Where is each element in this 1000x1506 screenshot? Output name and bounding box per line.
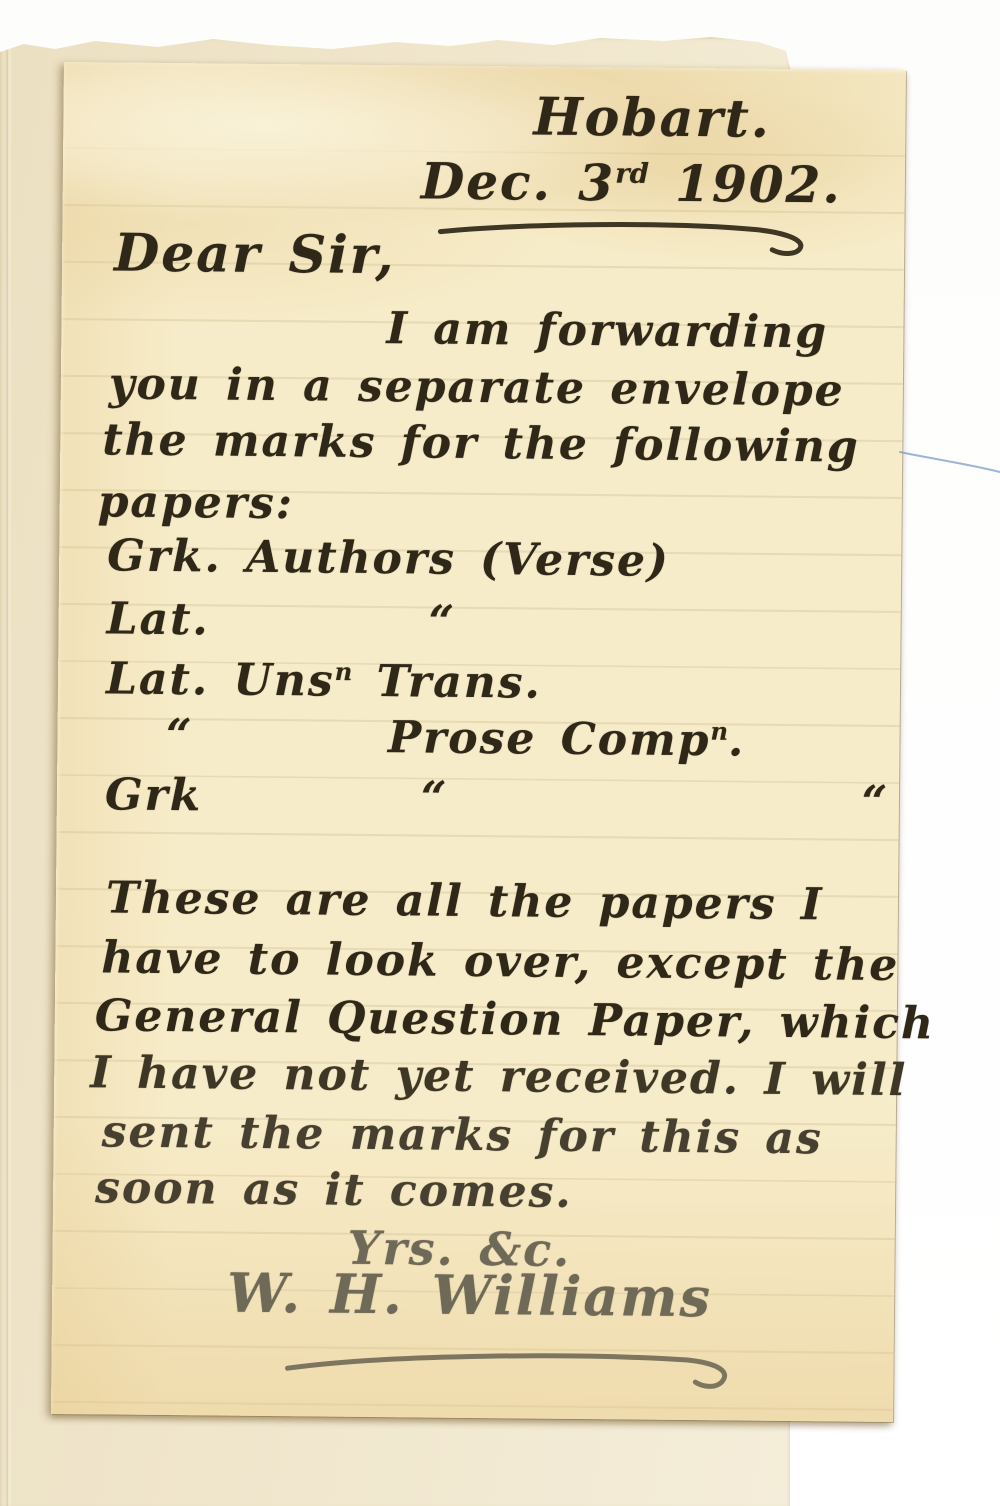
body-line: papers: [98, 478, 295, 528]
paper-list-superscript: n [335, 657, 353, 686]
paragraph-line: General Question Paper, which [95, 992, 936, 1048]
signature-underline-flourish [279, 1342, 749, 1395]
paper-list-text: Trans. [352, 656, 542, 709]
paper-list-text: “ Prose Comp [117, 710, 710, 767]
paragraph-line: soon as it comes. [95, 1164, 573, 1217]
paper-list-line: Lat. Unsn Trans. [106, 655, 542, 708]
paper-list-line: Lat. “ “ [106, 595, 1000, 652]
body-line: the marks for the following [102, 416, 860, 472]
paper-list-line: Grk. Authors (Verse) [107, 532, 670, 586]
paragraph-line: These are all the papers I [106, 874, 824, 929]
date-ordinal-superscript: rd [615, 158, 649, 190]
paragraph-line: I have not yet received. I will [90, 1049, 907, 1105]
paper-list-text: . [728, 715, 746, 766]
date-underline-flourish [434, 218, 834, 264]
paragraph-line: have to look over, except the [101, 934, 899, 990]
date-day: Dec. 3 [421, 151, 616, 212]
salutation: Dear Sir, [114, 224, 396, 284]
paper-list-text: Grk “ “ [105, 769, 890, 828]
signature: W. H. Williams [227, 1264, 712, 1328]
paragraph-line: sent the marks for this as [101, 1108, 822, 1163]
place-line: Hobart. [533, 89, 771, 148]
paper-list-text: Lat. Uns [106, 653, 335, 706]
paper-list-text: Lat. “ “ [106, 593, 1000, 653]
paper-list-line: Grk “ “ [105, 771, 890, 827]
date-line: Dec. 3rd 1902. [421, 153, 842, 212]
date-year: 1902. [649, 154, 843, 215]
body-line: I am forwarding [386, 305, 828, 358]
blue-pen-mark [898, 446, 1000, 480]
scanned-letter-page: Hobart. Dec. 3rd 1902. Dear Sir, I am fo… [0, 0, 1000, 1506]
letter-sheet: Hobart. Dec. 3rd 1902. Dear Sir, I am fo… [51, 62, 906, 1422]
paper-list-superscript: n [710, 717, 728, 746]
body-line: you in a separate envelope [109, 360, 845, 415]
paper-list-line: “ Prose Compn. [117, 712, 745, 766]
paper-list-text: Grk. Authors (Verse) [107, 530, 670, 586]
